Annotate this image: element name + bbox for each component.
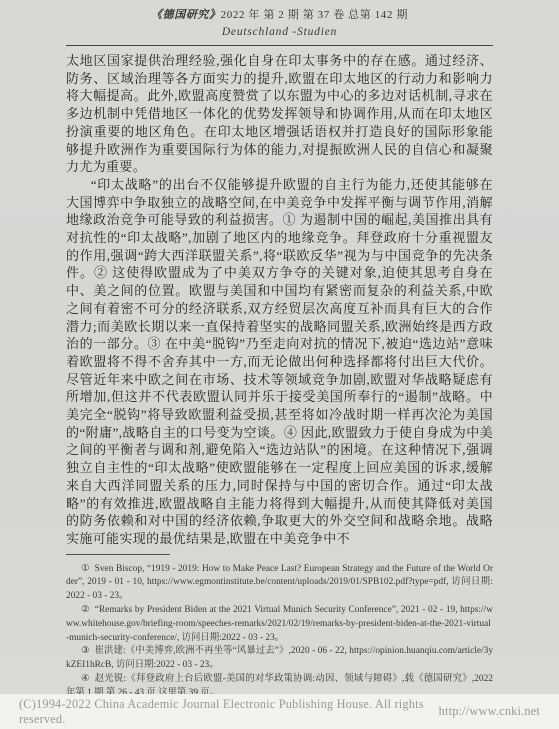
journal-scan-page: 《德国研究》2022 年 第 2 期 第 37 卷 总第 142 期 Deuts… [0, 0, 559, 729]
footnote-item: ③崔洪建:《中美博弈,欧洲不再坐等“风暴过去”》,2020 - 06 - 22,… [66, 645, 493, 673]
footnote-list: ①Sven Biscop, “1919 - 2019: How to Make … [66, 563, 493, 701]
article-body: 太地区国家提供治理经验,强化自身在印太事务中的存在感。通过经济、防务、区域治理等… [66, 52, 493, 548]
journal-title: 《德国研究》 [151, 9, 221, 21]
footnote-divider [66, 554, 170, 555]
journal-issue-info: 2022 年 第 2 期 第 37 卷 总第 142 期 [221, 9, 408, 21]
footnote-item: ②“Remarks by President Biden at the 2021… [66, 604, 493, 645]
cnki-footer-bar: (C)1994-2022 China Academic Journal Elec… [0, 694, 559, 729]
footnote-marker: ③ [81, 646, 90, 656]
body-paragraph: “印太战略”的出台不仅能够提升欧盟的自主行为能力,还使其能够在大国博弈中争取独立… [66, 176, 493, 548]
footnote-text: 崔洪建:《中美博弈,欧洲不再坐等“风暴过去”》,2020 - 06 - 22, … [66, 646, 493, 670]
footnote-marker: ① [81, 564, 90, 574]
body-paragraph: 太地区国家提供治理经验,强化自身在印太事务中的存在感。通过经济、防务、区域治理等… [66, 52, 493, 176]
footer-copyright: (C)1994-2022 China Academic Journal Elec… [19, 697, 439, 727]
footnote-text: Sven Biscop, “1919 - 2019: How to Make P… [66, 564, 493, 602]
journal-issue-line: 《德国研究》2022 年 第 2 期 第 37 卷 总第 142 期 [0, 9, 559, 22]
footnote-text: “Remarks by President Biden at the 2021 … [66, 605, 493, 643]
footnote-marker: ④ [81, 674, 90, 684]
page-header: 《德国研究》2022 年 第 2 期 第 37 卷 总第 142 期 Deuts… [0, 0, 559, 46]
footer-url: http://www.cnki.net [439, 704, 540, 719]
footnote-item: ①Sven Biscop, “1919 - 2019: How to Make … [66, 563, 493, 604]
footnote-marker: ② [81, 605, 90, 615]
header-divider [66, 45, 493, 46]
journal-subtitle: Deutschland -Studien [0, 26, 559, 38]
